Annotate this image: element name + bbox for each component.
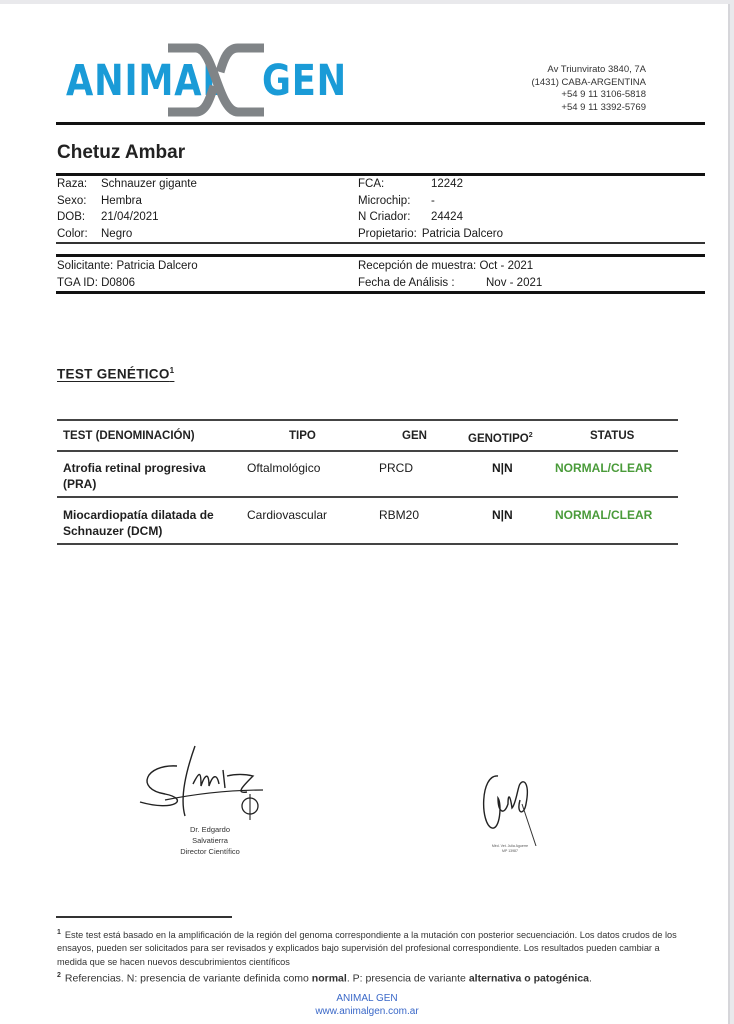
page-footer: ANIMAL GEN www.animalgen.com.ar bbox=[0, 993, 734, 1018]
reception-date: Oct - 2021 bbox=[479, 260, 533, 272]
requester-value: Patricia Dalcero bbox=[116, 260, 197, 272]
report-page: ANIMAL GEN Av Triunvirato 3840, 7A (1431… bbox=[0, 4, 730, 1024]
footnote-number: 1 bbox=[57, 929, 61, 936]
footnote-ref: 1 bbox=[170, 366, 175, 375]
address-line: Av Triunvirato 3840, 7A bbox=[531, 64, 646, 77]
footnote-1: 1Este test está basado en la amplificaci… bbox=[57, 926, 687, 969]
field-label: Propietario: bbox=[358, 226, 417, 243]
animal-name: Chetuz Ambar bbox=[57, 142, 185, 164]
color-value: Negro bbox=[101, 228, 132, 240]
test-type: Oftalmológico bbox=[247, 460, 320, 476]
column-header-status: STATUS bbox=[590, 428, 634, 444]
animal-info-left: Raza:Schnauzer gigante Sexo:Hembra DOB:2… bbox=[57, 176, 197, 242]
test-genotype: N|N bbox=[492, 507, 513, 523]
test-name-line: Schnauzer (DCM) bbox=[63, 523, 214, 539]
field-label: N Criador: bbox=[358, 209, 431, 226]
divider bbox=[56, 254, 705, 257]
table-bottom-border bbox=[57, 543, 678, 545]
signer-surname: Salvatierra bbox=[135, 835, 285, 846]
column-header-test: TEST (DENOMINACIÓN) bbox=[63, 428, 195, 444]
vet-caption: Méd. Vet. Julia Aguerre MP 13987 bbox=[470, 844, 550, 854]
field-label: DOB: bbox=[57, 209, 101, 226]
test-name: Miocardiopatía dilatada de Schnauzer (DC… bbox=[63, 507, 214, 539]
field-label: Microchip: bbox=[358, 193, 431, 210]
divider bbox=[56, 242, 705, 244]
divider bbox=[56, 122, 705, 125]
director-caption: Dr. Edgardo Salvatierra Director Científ… bbox=[135, 824, 285, 857]
test-name-line: (PRA) bbox=[63, 476, 206, 492]
column-header-gen: GEN bbox=[402, 428, 427, 444]
field-label: Fecha de Análisis : bbox=[358, 275, 486, 292]
footnote-text: Este test está basado en la amplificació… bbox=[57, 930, 677, 967]
footnote-bold: normal bbox=[312, 972, 347, 984]
field-label: Solicitante: bbox=[57, 260, 113, 272]
signature-director: Dr. Edgardo Salvatierra Director Científ… bbox=[135, 744, 285, 829]
genotipo-label: GENOTIPO bbox=[468, 433, 529, 445]
microchip-value: - bbox=[431, 195, 435, 207]
request-info-right: Recepción de muestra: Oct - 2021 Fecha d… bbox=[358, 258, 542, 291]
column-header-tipo: TIPO bbox=[289, 428, 316, 444]
column-header-genotipo: GENOTIPO2 bbox=[468, 428, 533, 447]
test-status: NORMAL/CLEAR bbox=[555, 460, 652, 476]
table-row-border bbox=[57, 496, 678, 498]
test-name: Atrofia retinal progresiva (PRA) bbox=[63, 460, 206, 492]
signature-scribble-icon bbox=[135, 744, 285, 824]
footnote-number: 2 bbox=[57, 972, 61, 979]
field-label: TGA ID: bbox=[57, 277, 98, 289]
animal-info-right: FCA:12242 Microchip:- N Criador:24424 Pr… bbox=[358, 176, 503, 242]
footnotes: 1Este test está basado en la amplificaci… bbox=[57, 926, 687, 986]
phone-2: +54 9 11 3392-5769 bbox=[531, 102, 646, 115]
phone-1: +54 9 11 3106-5818 bbox=[531, 89, 646, 102]
address-city: (1431) CABA-ARGENTINA bbox=[531, 77, 646, 90]
owner-value: Patricia Dalcero bbox=[422, 228, 503, 240]
section-title: TEST GENÉTICO1 bbox=[57, 366, 174, 382]
fca-value: 12242 bbox=[431, 178, 463, 190]
test-gene: RBM20 bbox=[379, 507, 419, 523]
signature-vet: Méd. Vet. Julia Aguerre MP 13987 bbox=[470, 764, 550, 851]
test-gene: PRCD bbox=[379, 460, 413, 476]
footnote-text: . bbox=[589, 972, 592, 984]
signature-scribble-icon bbox=[470, 764, 550, 846]
divider bbox=[56, 291, 705, 294]
field-label: Sexo: bbox=[57, 193, 101, 210]
footnote-bold: alternativa o patogénica bbox=[469, 972, 589, 984]
table-header-border bbox=[57, 450, 678, 452]
footnote-divider bbox=[56, 916, 232, 918]
breeder-value: 24424 bbox=[431, 211, 463, 223]
field-label: Recepción de muestra: bbox=[358, 260, 476, 272]
company-address: Av Triunvirato 3840, 7A (1431) CABA-ARGE… bbox=[531, 64, 646, 114]
logo-text-gen: GEN bbox=[262, 56, 347, 106]
table-top-border bbox=[57, 419, 678, 421]
footer-website-link[interactable]: www.animalgen.com.ar bbox=[0, 1006, 734, 1019]
test-name-line: Miocardiopatía dilatada de bbox=[63, 507, 214, 523]
analysis-date: Nov - 2021 bbox=[486, 277, 542, 289]
signer-title: Director Científico bbox=[135, 846, 285, 857]
footnote-text: . P: presencia de variante bbox=[347, 972, 469, 984]
signer-name: Dr. Edgardo bbox=[135, 824, 285, 835]
field-label: Color: bbox=[57, 226, 101, 243]
footnote-text: Referencias. N: presencia de variante de… bbox=[65, 972, 312, 984]
dna-helix-icon bbox=[166, 42, 266, 118]
test-status: NORMAL/CLEAR bbox=[555, 507, 652, 523]
field-label: Raza: bbox=[57, 176, 101, 193]
footnote-2: 2Referencias. N: presencia de variante d… bbox=[57, 969, 687, 986]
section-title-text: TEST GENÉTICO bbox=[57, 367, 170, 382]
test-name-line: Atrofia retinal progresiva bbox=[63, 460, 206, 476]
footnote-ref: 2 bbox=[529, 432, 533, 439]
breed-value: Schnauzer gigante bbox=[101, 178, 197, 190]
footer-company: ANIMAL GEN bbox=[0, 993, 734, 1006]
test-type: Cardiovascular bbox=[247, 507, 327, 523]
test-genotype: N|N bbox=[492, 460, 513, 476]
tga-id-value: D0806 bbox=[101, 277, 135, 289]
request-info-left: Solicitante: Patricia Dalcero TGA ID: D0… bbox=[57, 258, 198, 291]
field-label: FCA: bbox=[358, 176, 431, 193]
vet-license: MP 13987 bbox=[470, 849, 550, 854]
animalgen-logo: ANIMAL GEN bbox=[66, 42, 326, 118]
sex-value: Hembra bbox=[101, 195, 142, 207]
dob-value: 21/04/2021 bbox=[101, 211, 159, 223]
